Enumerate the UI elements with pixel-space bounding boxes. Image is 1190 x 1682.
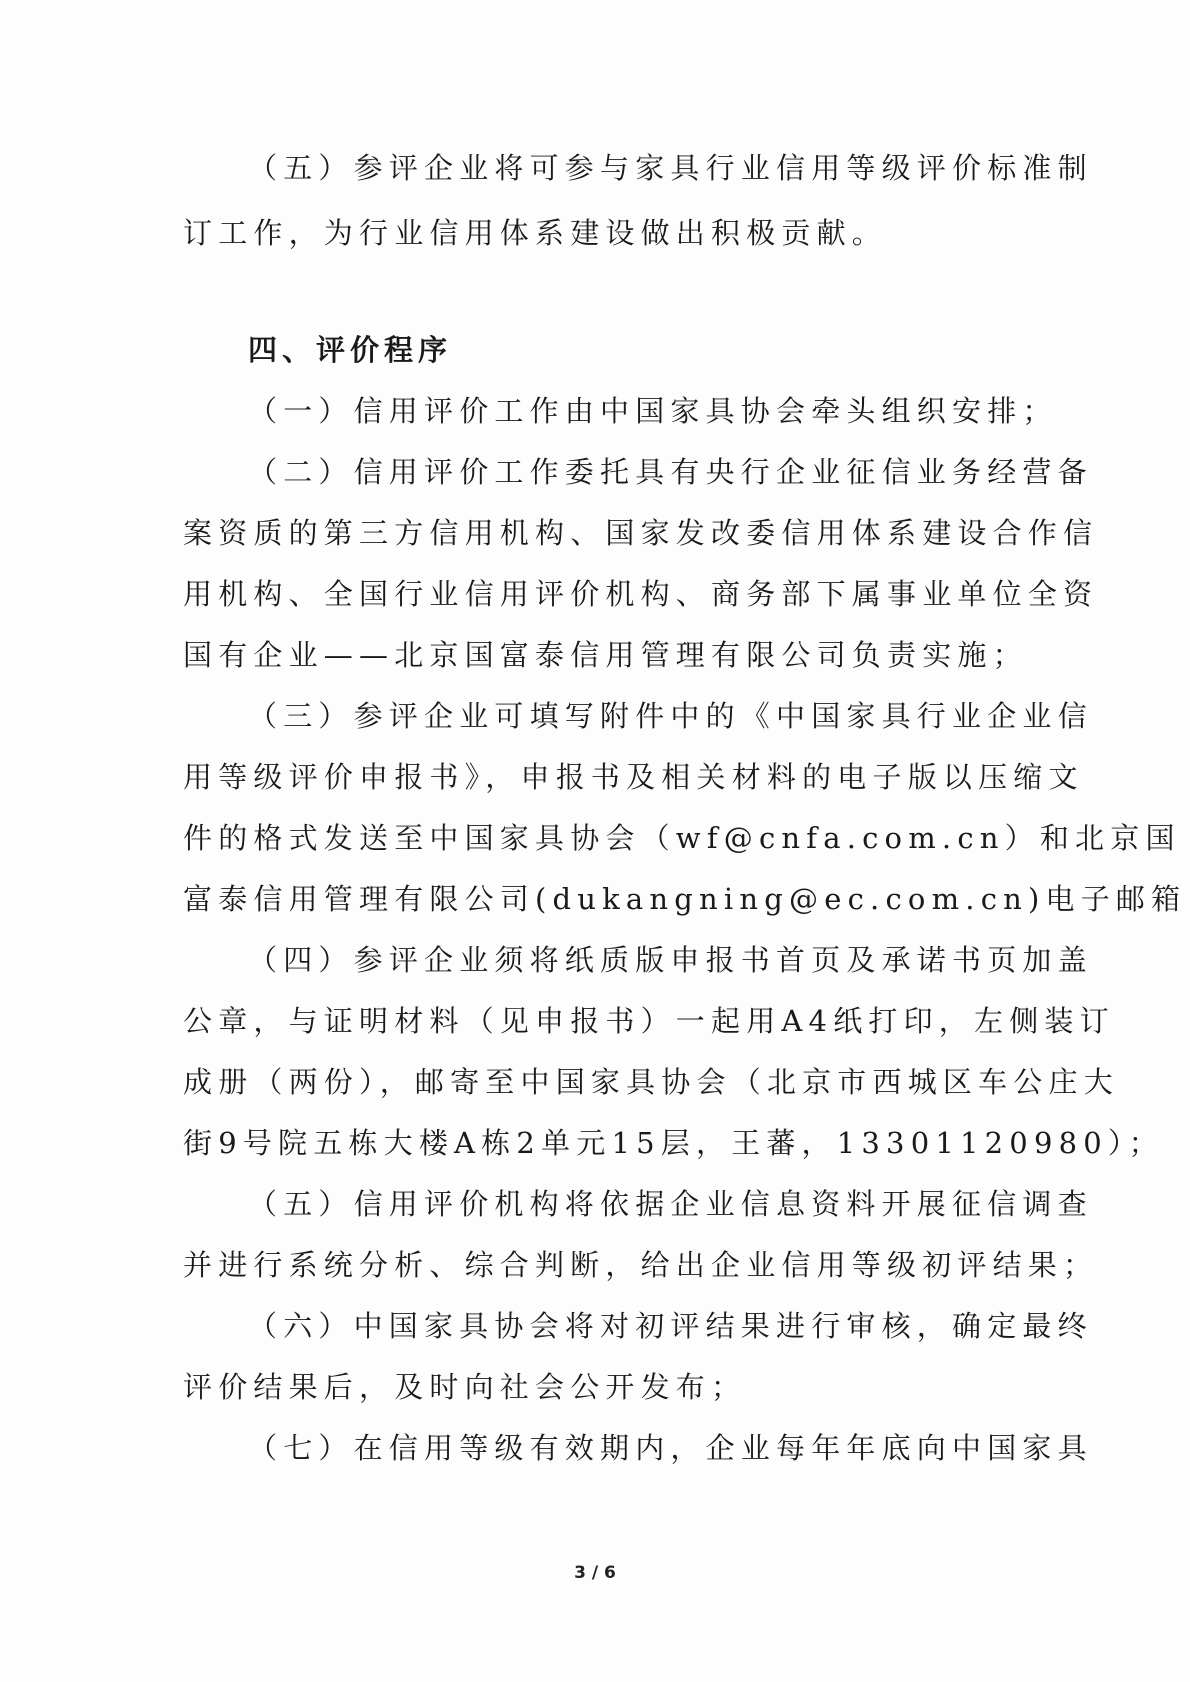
paragraph-line: （四）参评企业须将纸质版申报书首页及承诺书页加盖 bbox=[248, 940, 1093, 980]
paragraph-line: 富泰信用管理有限公司(dukangning@ec.com.cn)电子邮箱； bbox=[183, 879, 1190, 919]
paragraph-line: 案资质的第三方信用机构、国家发改委信用体系建设合作信 bbox=[183, 513, 1098, 553]
document-page: （五）参评企业将可参与家具行业信用等级评价标准制 订工作，为行业信用体系建设做出… bbox=[0, 0, 1190, 1682]
paragraph-line: 街9号院五栋大楼A栋2单元15层，王蕃，13301120980）； bbox=[183, 1123, 1164, 1163]
paragraph-line: （六）中国家具协会将对初评结果进行审核，确定最终 bbox=[248, 1306, 1093, 1346]
paragraph-line: 订工作，为行业信用体系建设做出积极贡献。 bbox=[183, 213, 887, 253]
paragraph-line: 评价结果后，及时向社会公开发布； bbox=[183, 1367, 746, 1407]
paragraph-line: （五）参评企业将可参与家具行业信用等级评价标准制 bbox=[248, 148, 1093, 188]
paragraph-line: 国有企业——北京国富泰信用管理有限公司负责实施； bbox=[183, 635, 1028, 675]
paragraph-line: 并进行系统分析、综合判断，给出企业信用等级初评结果； bbox=[183, 1245, 1098, 1285]
paragraph-line: 用等级评价申报书》，申报书及相关材料的电子版以压缩文 bbox=[183, 757, 1084, 797]
paragraph-line: （五）信用评价机构将依据企业信息资料开展征信调查 bbox=[248, 1184, 1093, 1224]
paragraph-line: （七）在信用等级有效期内，企业每年年底向中国家具 bbox=[248, 1428, 1093, 1468]
page-number: 3 / 6 bbox=[0, 1563, 1190, 1583]
paragraph-line: 件的格式发送至中国家具协会（wf@cnfa.com.cn）和北京国 bbox=[183, 818, 1181, 858]
paragraph-line: （三）参评企业可填写附件中的《中国家具行业企业信 bbox=[248, 696, 1093, 736]
paragraph-line: （一）信用评价工作由中国家具协会牵头组织安排； bbox=[248, 391, 1058, 431]
paragraph-line: 用机构、全国行业信用评价机构、商务部下属事业单位全资 bbox=[183, 574, 1098, 614]
paragraph-line: 公章，与证明材料（见申报书）一起用A4纸打印，左侧装订 bbox=[183, 1001, 1115, 1041]
section-heading: 四、评价程序 bbox=[248, 330, 452, 370]
paragraph-line: （二）信用评价工作委托具有央行企业征信业务经营备 bbox=[248, 452, 1093, 492]
paragraph-line: 成册（两份），邮寄至中国家具协会（北京市西城区车公庄大 bbox=[183, 1062, 1119, 1102]
